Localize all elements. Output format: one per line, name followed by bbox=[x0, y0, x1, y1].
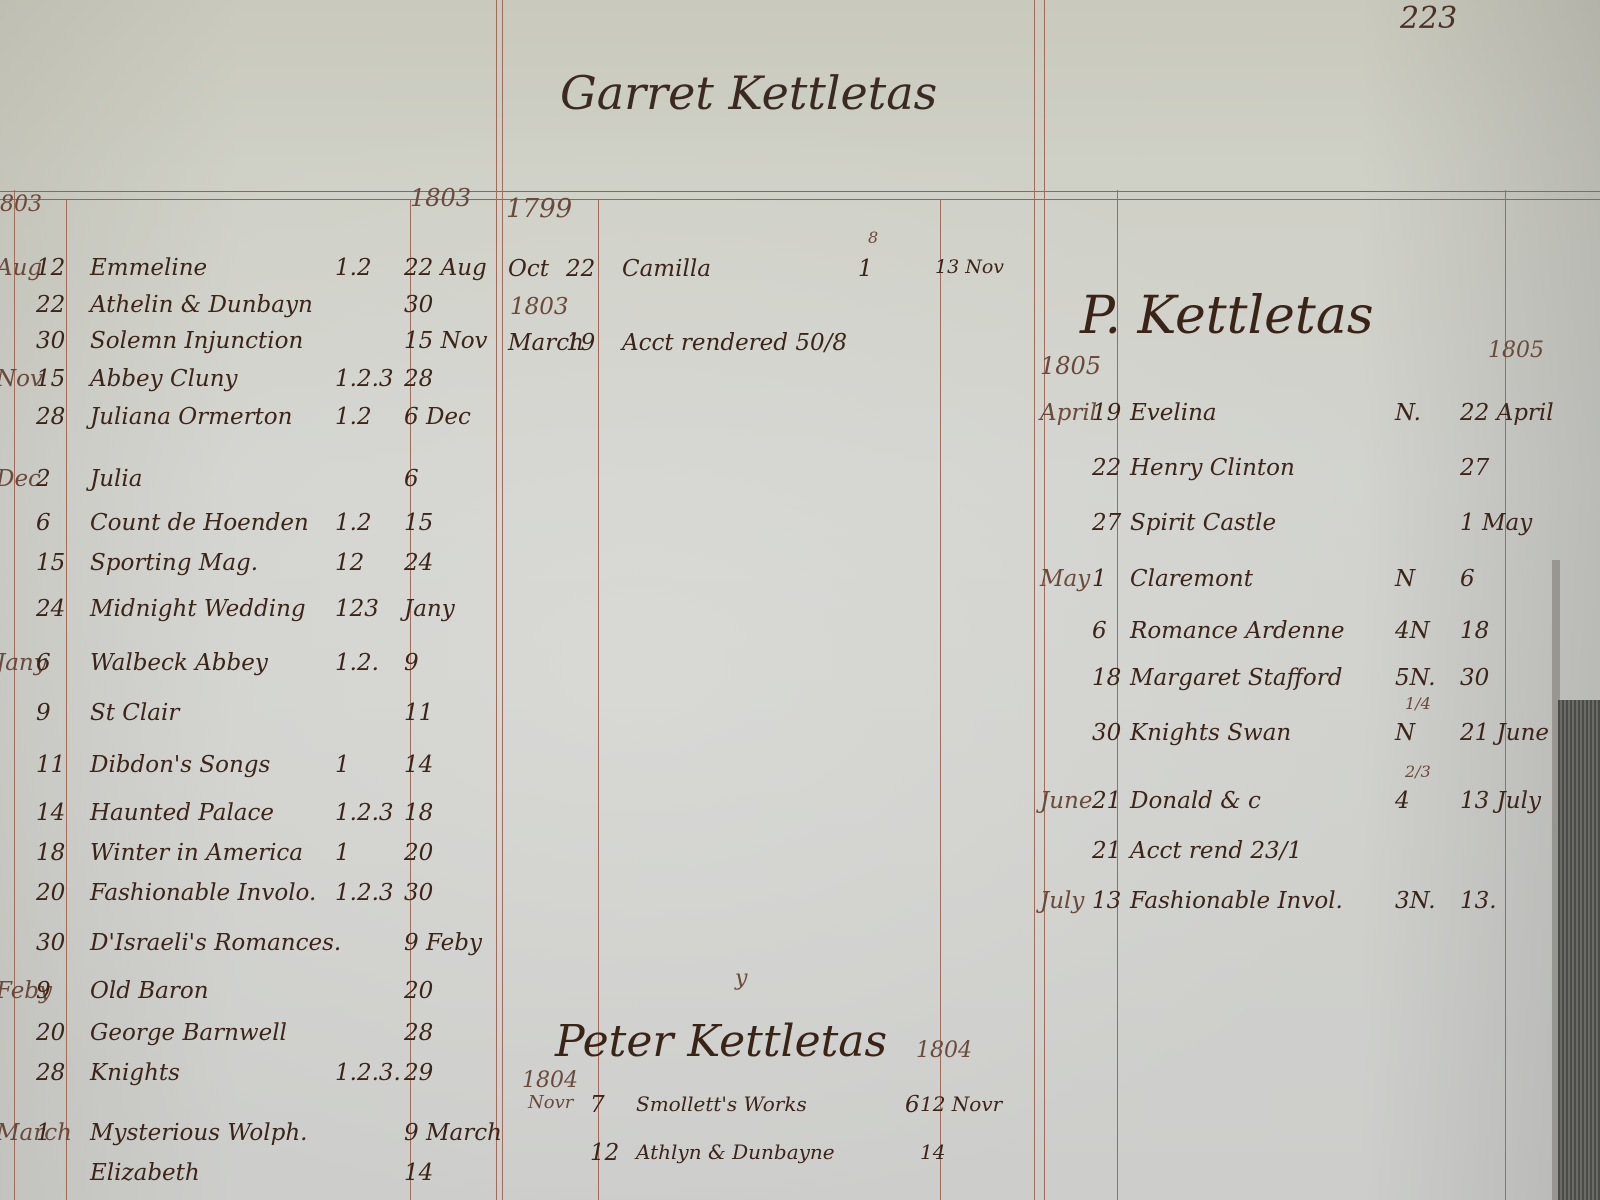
year-label: 1805 bbox=[1488, 340, 1544, 362]
entry-title: Margaret Stafford bbox=[1130, 665, 1342, 691]
entry-title: Abbey Cluny bbox=[90, 366, 238, 392]
entry-month: Oct bbox=[508, 256, 549, 282]
entry-day: 18 bbox=[1092, 665, 1121, 691]
entry-day: 6 bbox=[36, 510, 51, 536]
entry-title: Claremont bbox=[1130, 566, 1253, 592]
entry-title: Camilla bbox=[622, 256, 711, 282]
entry-title: Donald & c bbox=[1130, 788, 1261, 814]
entry-title: Spirit Castle bbox=[1130, 510, 1276, 536]
entry-title: Fashionable Invol. bbox=[1130, 888, 1343, 914]
entry-return-date: 13. bbox=[1460, 888, 1497, 914]
entry-return-date: 13 July bbox=[1460, 788, 1541, 814]
entry-title: Old Baron bbox=[90, 978, 209, 1004]
entry-title: Mysterious Wolph. bbox=[90, 1120, 307, 1146]
entry-return-date: 14 bbox=[404, 752, 433, 778]
entry-return-date: 14 bbox=[920, 1140, 945, 1164]
entry-day: 12 bbox=[36, 255, 65, 281]
entry-volumes: N bbox=[1395, 720, 1415, 746]
entry-return-date: 30 bbox=[1460, 665, 1489, 691]
entry-volumes: 1.2.3 bbox=[335, 800, 394, 826]
column-rule bbox=[502, 0, 503, 1200]
entry-title: Henry Clinton bbox=[1130, 455, 1295, 481]
entry-return-date: 21 June bbox=[1460, 720, 1549, 746]
entry-year: 1803 bbox=[510, 294, 569, 320]
entry-day: 30 bbox=[36, 930, 65, 956]
entry-note: 2/3 bbox=[1405, 762, 1431, 781]
entry-title: Evelina bbox=[1130, 400, 1217, 426]
entry-return-date: 29 bbox=[404, 1060, 433, 1086]
entry-volumes: 1 bbox=[335, 840, 350, 866]
entry-day: 13 bbox=[1092, 888, 1121, 914]
entry-title: Elizabeth bbox=[90, 1160, 200, 1186]
column-rule bbox=[14, 190, 15, 1200]
entry-return-date: 28 bbox=[404, 366, 433, 392]
entry-note: 1/4 bbox=[1405, 694, 1431, 713]
entry-day: 19 bbox=[566, 330, 595, 356]
entry-title: Romance Ardenne bbox=[1130, 618, 1344, 644]
entry-title: D'Israeli's Romances. bbox=[90, 930, 341, 956]
entry-title: Haunted Palace bbox=[90, 800, 274, 826]
entry-day: 30 bbox=[36, 328, 65, 354]
entry-title: George Barnwell bbox=[90, 1020, 287, 1046]
signature: P. Kettletas bbox=[1080, 290, 1374, 342]
entry-day: 14 bbox=[36, 800, 65, 826]
entry-return-date: 6 Dec bbox=[404, 404, 471, 430]
entry-month: May bbox=[1040, 566, 1090, 592]
entry-return-date: 30 bbox=[404, 292, 433, 318]
entry-volumes: 12 bbox=[335, 550, 364, 576]
entry-day: 15 bbox=[36, 366, 65, 392]
entry-return-date: Jany bbox=[404, 596, 455, 622]
header-rule-top bbox=[0, 191, 1600, 192]
entry-title: Acct rend 23/1 bbox=[1130, 838, 1302, 864]
entry-return-date: 1 May bbox=[1460, 510, 1532, 536]
entry-day: 20 bbox=[36, 880, 65, 906]
entry-title: Fashionable Involo. bbox=[90, 880, 316, 906]
year-label: 1804 bbox=[916, 1040, 972, 1062]
entry-note: 8 bbox=[868, 228, 878, 247]
entry-return-date: 6 bbox=[404, 466, 419, 492]
entry-day: 28 bbox=[36, 404, 65, 430]
entry-return-date: 9 March bbox=[404, 1120, 502, 1146]
entry-title: Smollett's Works bbox=[636, 1092, 807, 1116]
entry-volumes: 4N bbox=[1395, 618, 1430, 644]
entry-day: 11 bbox=[36, 752, 65, 778]
entry-title: Athlyn & Dunbayne bbox=[636, 1140, 835, 1164]
year-label: 1803 bbox=[410, 186, 471, 210]
entry-return-date: 13 Nov bbox=[935, 256, 1004, 278]
entry-title: Walbeck Abbey bbox=[90, 650, 268, 676]
entry-return-date: 11 bbox=[404, 700, 433, 726]
page-number: 223 bbox=[1400, 4, 1457, 34]
account-title: Garret Kettletas bbox=[560, 70, 937, 116]
entry-return-date: 20 bbox=[404, 978, 433, 1004]
entry-day: 22 bbox=[1092, 455, 1121, 481]
entry-title: Sporting Mag. bbox=[90, 550, 258, 576]
entry-title: St Clair bbox=[90, 700, 179, 726]
column-rule bbox=[1034, 0, 1035, 1200]
entry-title: Acct rendered 50/8 bbox=[622, 330, 847, 356]
entry-title: Midnight Wedding bbox=[90, 596, 306, 622]
entry-volumes: 1.2.3. bbox=[335, 1060, 401, 1086]
entry-return-date: 14 bbox=[404, 1160, 433, 1186]
entry-day: 27 bbox=[1092, 510, 1121, 536]
entry-month: April bbox=[1040, 400, 1097, 426]
entry-title: Julia bbox=[90, 466, 142, 492]
entry-title: Solemn Injunction bbox=[90, 328, 303, 354]
entry-title: Knights bbox=[90, 1060, 180, 1086]
entry-day: 18 bbox=[36, 840, 65, 866]
entry-return-date: 28 bbox=[404, 1020, 433, 1046]
entry-day: 20 bbox=[36, 1020, 65, 1046]
year-label: 1799 bbox=[506, 196, 572, 222]
entry-day: 22 bbox=[566, 256, 595, 282]
entry-return-date: 20 bbox=[404, 840, 433, 866]
entry-day: 24 bbox=[36, 596, 65, 622]
column-rule bbox=[496, 0, 497, 1200]
year-label: 1804 bbox=[522, 1070, 578, 1092]
entry-return-date: 9 Feby bbox=[404, 930, 482, 956]
entry-return-date: 12 Novr bbox=[920, 1092, 1002, 1116]
entry-volumes: 4 bbox=[1395, 788, 1410, 814]
entry-return-date: 24 bbox=[404, 550, 433, 576]
column-rule bbox=[1044, 0, 1045, 1200]
entry-title: Juliana Ormerton bbox=[90, 404, 292, 430]
entry-volumes: 1.2. bbox=[335, 650, 379, 676]
entry-volumes: 123 bbox=[335, 596, 379, 622]
column-rule bbox=[66, 200, 67, 1200]
entry-day: 1 bbox=[1092, 566, 1107, 592]
superscript: y bbox=[735, 968, 747, 990]
entry-month: June bbox=[1040, 788, 1092, 814]
entry-day: 22 bbox=[36, 292, 65, 318]
entry-day: 9 bbox=[36, 700, 51, 726]
entry-month: July bbox=[1040, 888, 1084, 914]
entry-volumes: 1 bbox=[335, 752, 350, 778]
entry-volumes: 1.2 bbox=[335, 404, 372, 430]
entry-day: 6 bbox=[36, 650, 51, 676]
entry-return-date: 15 bbox=[404, 510, 433, 536]
entry-volumes: 1.2 bbox=[335, 510, 372, 536]
entry-volumes: 6 bbox=[905, 1092, 920, 1118]
entry-day: 1 bbox=[36, 1120, 51, 1146]
entry-volumes: 3N. bbox=[1395, 888, 1436, 914]
entry-month: Dec bbox=[0, 466, 41, 492]
entry-day: 15 bbox=[36, 550, 65, 576]
entry-title: Winter in America bbox=[90, 840, 303, 866]
entry-day: 6 bbox=[1092, 618, 1107, 644]
entry-volumes: 1.2.3 bbox=[335, 366, 394, 392]
second-account-name: Peter Kettletas bbox=[555, 1020, 887, 1064]
year-label: 1805 bbox=[1040, 354, 1101, 378]
entry-volumes: 1.2.3 bbox=[335, 880, 394, 906]
entry-return-date: 18 bbox=[404, 800, 433, 826]
entry-return-date: 22 Aug bbox=[404, 255, 487, 281]
entry-return-date: 18 bbox=[1460, 618, 1489, 644]
entry-day: 7 bbox=[590, 1092, 605, 1118]
entry-return-date: 15 Nov bbox=[404, 328, 488, 354]
entry-day: 30 bbox=[1092, 720, 1121, 746]
entry-day: 21 bbox=[1092, 838, 1121, 864]
entry-volumes: 1 bbox=[858, 256, 873, 282]
entry-return-date: 30 bbox=[404, 880, 433, 906]
entry-day: 9 bbox=[36, 978, 51, 1004]
entry-day: 21 bbox=[1092, 788, 1121, 814]
header-rule-bottom bbox=[0, 199, 1600, 200]
entry-month: Novr bbox=[528, 1092, 573, 1113]
entry-return-date: 9 bbox=[404, 650, 419, 676]
entry-return-date: 6 bbox=[1460, 566, 1475, 592]
entry-title: Knights Swan bbox=[1130, 720, 1291, 746]
entry-day: 2 bbox=[36, 466, 51, 492]
entry-return-date: 27 bbox=[1460, 455, 1489, 481]
entry-day: 28 bbox=[36, 1060, 65, 1086]
entry-volumes: 1.2 bbox=[335, 255, 372, 281]
entry-volumes: N bbox=[1395, 566, 1415, 592]
entry-day: 19 bbox=[1092, 400, 1121, 426]
entry-title: Count de Hoenden bbox=[90, 510, 309, 536]
book-spine bbox=[1558, 700, 1600, 1200]
entry-return-date: 22 April bbox=[1460, 400, 1554, 426]
entry-title: Emmeline bbox=[90, 255, 207, 281]
year-label: 1803 bbox=[0, 194, 42, 216]
entry-title: Athelin & Dunbayn bbox=[90, 292, 313, 318]
entry-title: Dibdon's Songs bbox=[90, 752, 270, 778]
entry-volumes: 5N. bbox=[1395, 665, 1436, 691]
entry-volumes: N. bbox=[1395, 400, 1421, 426]
entry-day: 12 bbox=[590, 1140, 619, 1166]
